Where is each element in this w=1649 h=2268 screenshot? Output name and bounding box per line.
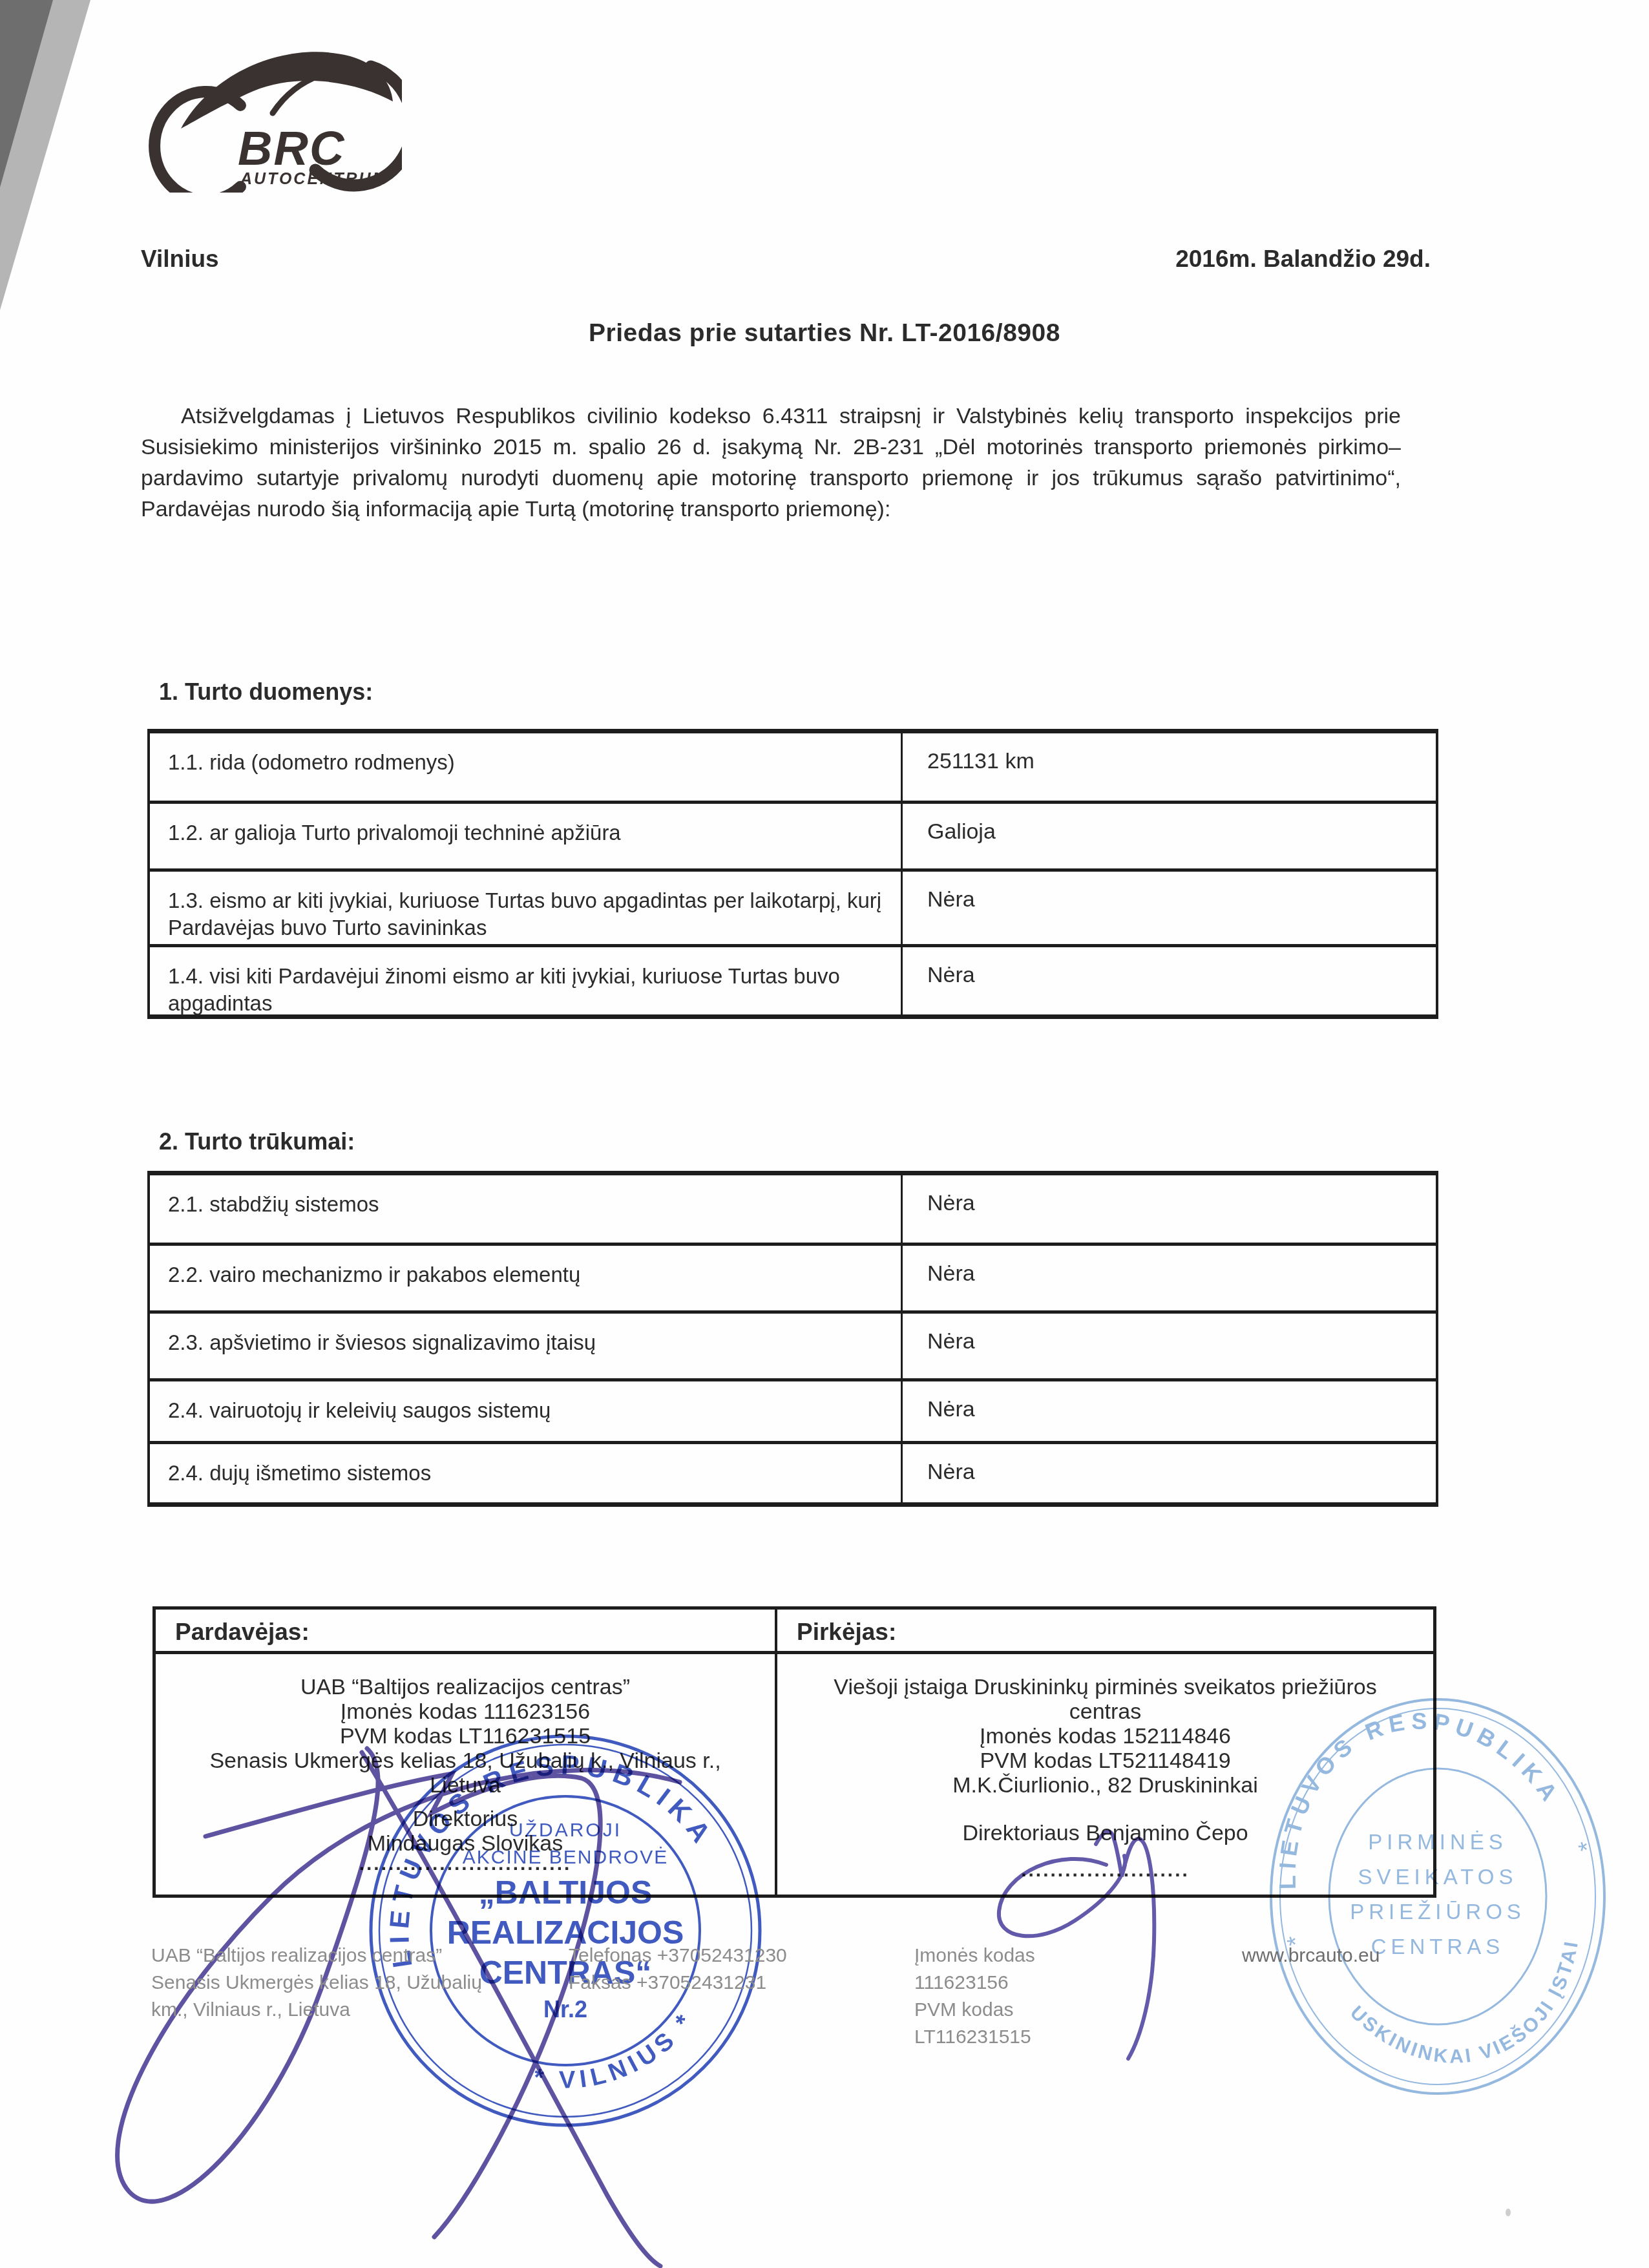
footer-company-block: UAB “Baltijos realizacijos centras” Sena… <box>151 1942 482 2024</box>
footer-vat-code: LT116231515 <box>914 2024 1035 2051</box>
footer-phone: Telefonas +37052431230 <box>569 1942 787 1969</box>
footer-codes-block: Įmonės kodas 111623156 PVM kodas LT11623… <box>914 1942 1035 2051</box>
footer-website: www.brcauto.eu <box>1242 1942 1380 1969</box>
footer-company-name: UAB “Baltijos realizacijos centras” <box>151 1942 482 1969</box>
footer-company-city: km., Vilniaus r., Lietuva <box>151 1997 482 2024</box>
footer-phones-block: Telefonas +37052431230 Faksas +370524312… <box>569 1942 787 1997</box>
footer-company-code: 111623156 <box>914 1969 1035 1997</box>
footer-company-street: Senasis Ukmergės kelias 18, Užubalių <box>151 1969 482 1997</box>
footer-vat-label: PVM kodas <box>914 1997 1035 2024</box>
footer-fax: Faksas +37052431231 <box>569 1969 787 1997</box>
signatures-overlay <box>0 0 1649 2268</box>
scanned-contract-appendix: BRC AUTOCENTRUM Vilnius 2016m. Balandžio… <box>0 0 1649 2268</box>
footer-company-code-label: Įmonės kodas <box>914 1942 1035 1969</box>
